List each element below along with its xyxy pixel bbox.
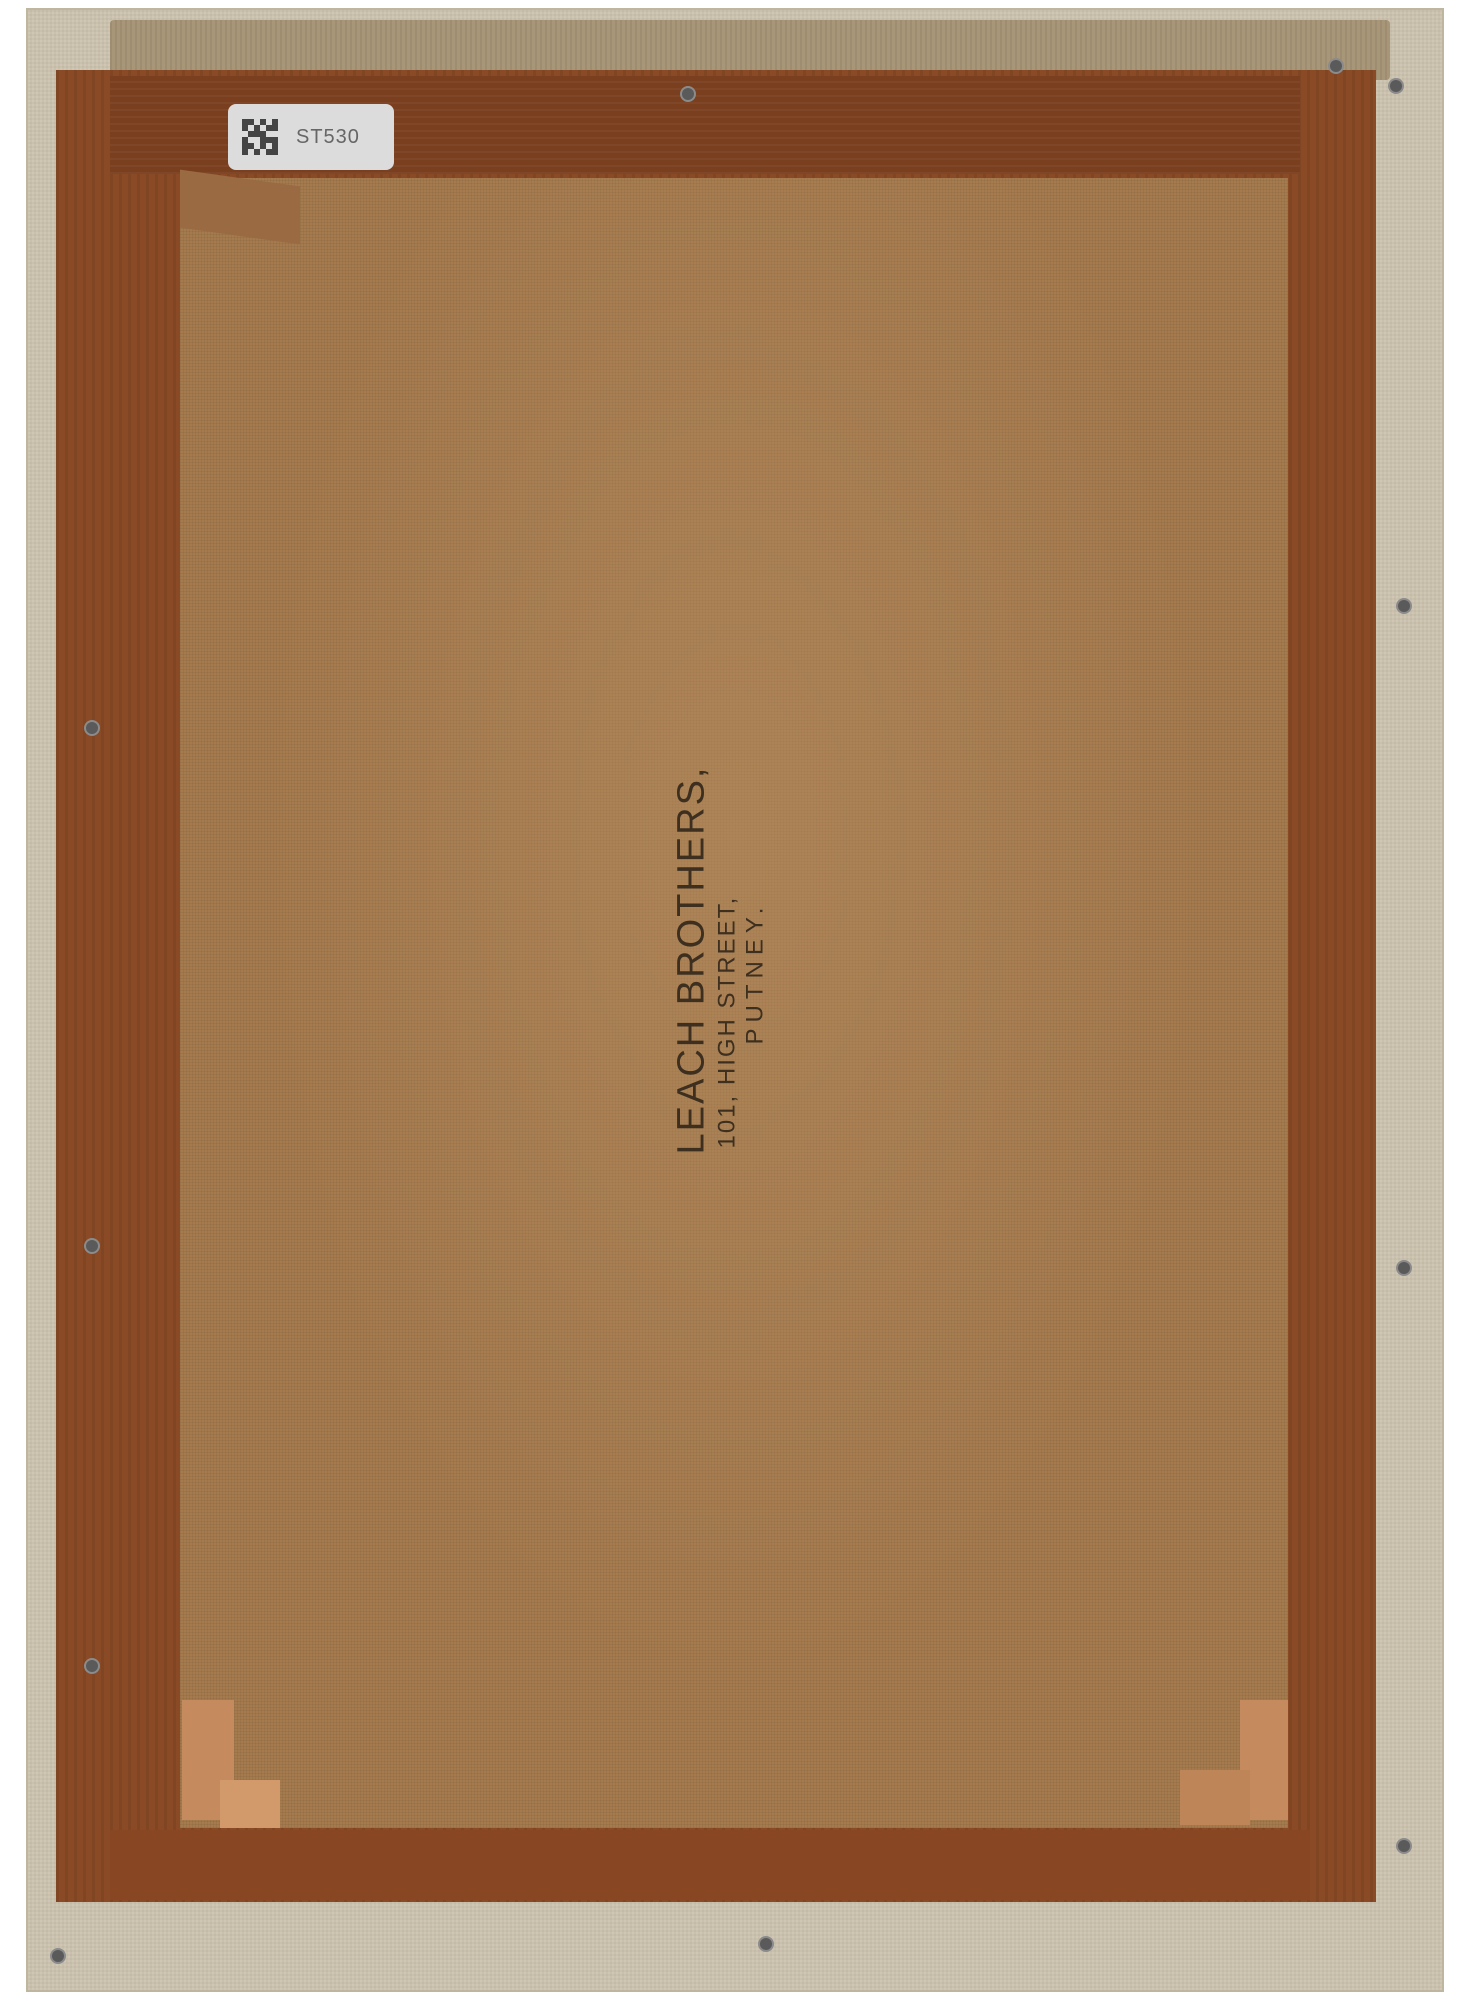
stamp-town: PUTNEY. xyxy=(742,766,770,1045)
tack-icon xyxy=(760,1938,772,1950)
maker-stamp: LEACH BROTHERS, 101, HIGH STREET, PUTNEY… xyxy=(630,710,810,1210)
tack-icon xyxy=(1390,80,1402,92)
inventory-code: ST530 xyxy=(296,126,360,149)
tack-icon xyxy=(86,722,98,734)
tack-icon xyxy=(1398,1262,1410,1274)
stamp-maker-name: LEACH BROTHERS, xyxy=(671,766,714,1155)
inventory-label: ST530 xyxy=(228,104,394,170)
tack-icon xyxy=(86,1660,98,1672)
tack-icon xyxy=(1398,600,1410,612)
stretcher-bottom-bar xyxy=(110,1830,1310,1900)
qr-code-icon xyxy=(242,119,278,155)
tack-icon xyxy=(86,1240,98,1252)
corner-key-bottom-right-2 xyxy=(1180,1770,1250,1825)
stamp-street: 101, HIGH STREET, xyxy=(714,766,742,1149)
tack-icon xyxy=(1398,1840,1410,1852)
corner-key-bottom-left-2 xyxy=(220,1780,280,1828)
tack-icon xyxy=(682,88,694,100)
tack-icon xyxy=(52,1950,64,1962)
tack-icon xyxy=(1330,60,1342,72)
